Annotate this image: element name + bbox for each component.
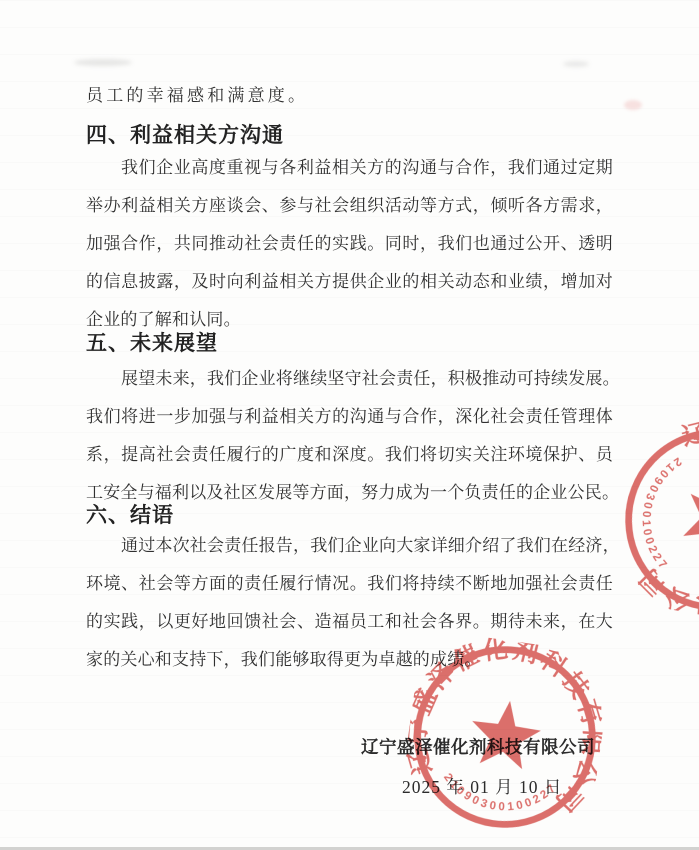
star-icon xyxy=(467,696,545,771)
company-seal-stamp-partial: 辽宁盛泽催化剂科技有限公司 210903001002271 xyxy=(605,409,699,631)
paragraph-line: 我们将进一步加强与利益相关方的沟通与合作，深化社会责任管理体 xyxy=(86,398,613,436)
scan-smudge xyxy=(74,59,132,66)
paragraph-line: 举办利益相关方座谈会、参与社会组织活动等方式，倾听各方需求， xyxy=(86,187,613,225)
section-5-paragraph: 展望未来，我们企业将继续坚守社会责任，积极推动可持续发展。 我们将进一步加强与利… xyxy=(86,360,613,512)
scanned-document-page: 员工的幸福感和满意度。 四、利益相关方沟通 我们企业高度重视与各利益相关方的沟通… xyxy=(0,0,699,850)
intro-paragraph: 员工的幸福感和满意度。 xyxy=(86,77,613,115)
paragraph-line: 环境、社会等方面的责任履行情况。我们将持续不断地加强社会责任 xyxy=(86,565,613,603)
paragraph-line: 的信息披露，及时向利益相关方提供企业的相关动态和业绩，增加对 xyxy=(86,263,613,301)
section-heading-5: 五、未来展望 xyxy=(86,329,613,359)
section-heading-4: 四、利益相关方沟通 xyxy=(86,121,613,151)
scan-smudge xyxy=(563,61,589,67)
section-4-paragraph: 我们企业高度重视与各利益相关方的沟通与合作，我们通过定期 举办利益相关方座谈会、… xyxy=(86,149,613,339)
faint-ink-smudge xyxy=(624,100,642,110)
paragraph-line: 展望未来，我们企业将继续坚守社会责任，积极推动可持续发展。 xyxy=(86,360,613,398)
seal-ring-text: 辽宁盛泽催化剂科技有限公司 xyxy=(630,409,699,631)
company-seal-stamp: 辽宁盛泽催化剂科技有限公司 210903001002271 xyxy=(397,629,614,846)
paragraph-line: 通过本次社会责任报告，我们企业向大家详细介绍了我们在经济， xyxy=(86,527,613,565)
paragraph-line: 员工的幸福感和满意度。 xyxy=(86,77,613,115)
svg-text:辽宁盛泽催化剂科技有限公司: 辽宁盛泽催化剂科技有限公司 xyxy=(630,409,699,631)
paragraph-line: 的实践，以更好地回馈社会、造福员工和社会各界。期待未来，在大 xyxy=(86,603,613,641)
paragraph-line: 我们企业高度重视与各利益相关方的沟通与合作，我们通过定期 xyxy=(86,149,613,187)
star-icon xyxy=(681,481,699,561)
paragraph-line: 系，提高社会责任履行的广度和深度。我们将切实关注环境保护、员 xyxy=(86,436,613,474)
paragraph-line: 加强合作，共同推动社会责任的实践。同时，我们也通过公开、透明 xyxy=(86,225,613,263)
